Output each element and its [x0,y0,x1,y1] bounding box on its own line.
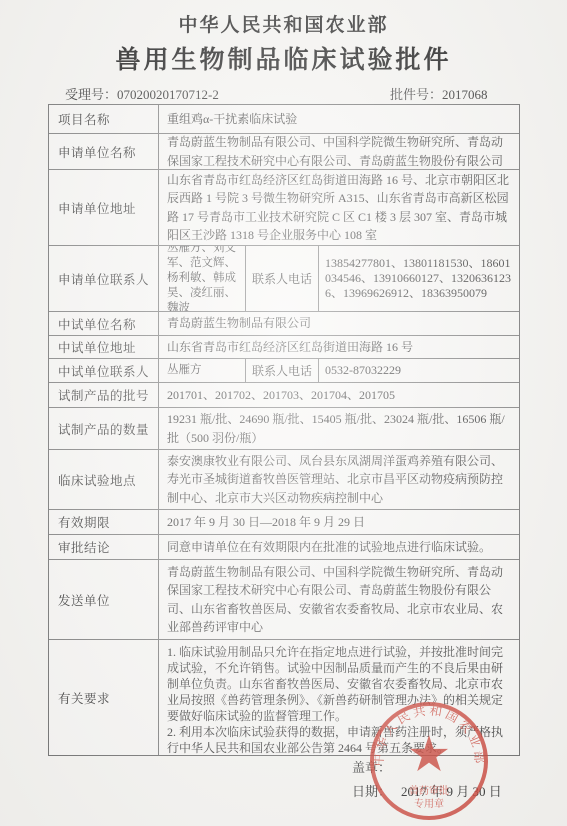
table-row-applicant-contacts: 申请单位联系人 丛雁方、刘文军、范文辉、杨利敏、韩成昊、凌红丽、魏波 联系人电话… [49,245,519,311]
row-label: 项目名称 [49,105,159,133]
row-label: 中试单位地址 [49,336,159,358]
contact-names: 丛雁方、刘文军、范文辉、杨利敏、韩成昊、凌红丽、魏波 [159,246,246,311]
document-title: 兽用生物制品临床试验批件 [0,40,567,76]
approval-number: 批件号：2017068 [390,84,488,103]
row-value: 19231 瓶/批、24690 瓶/批、15405 瓶/批、23024 瓶/批、… [159,408,519,449]
phone-numbers: 13854277801、13801181530、18601034546、1391… [319,246,519,311]
table-row-approval-conclusion: 审批结论 同意申请单位在有效期限内在批准的试验地点进行临床试验。 [49,534,519,559]
row-label: 试制产品的批号 [49,383,159,407]
row-value: 2017 年 9 月 30 日—2018 年 9 月 29 日 [159,510,519,534]
official-seal: 中华人民共和国农业部 兽药审批 专用章 [366,698,492,824]
table-row-pilot-unit-name: 中试单位名称 青岛蔚蓝生物制品有限公司 [49,311,519,335]
table-row-product-quantity: 试制产品的数量 19231 瓶/批、24690 瓶/批、15405 瓶/批、23… [49,407,519,449]
row-label: 申请单位联系人 [49,246,159,311]
row-value: 青岛蔚蓝生物制品有限公司 [159,312,519,335]
row-value: 山东省青岛市红岛经济区红岛街道田海路 16 号 [159,336,519,358]
row-value: 同意申请单位在有效期限内在批准的试验地点进行临床试验。 [159,535,519,559]
seal-star-icon [410,735,448,771]
table-row-trial-locations: 临床试验地点 泰安澳康牧业有限公司、凤台县东凤湖周洋蛋鸡养殖有限公司、寿光市圣城… [49,449,519,509]
phone-label: 联系人电话 [246,359,319,382]
row-value: 山东省青岛市红岛经济区红岛街道田海路 16 号、北京市朝阳区北辰西路 1 号院 … [159,170,519,245]
table-row-pilot-unit-contact: 中试单位联系人 丛雁方 联系人电话 0532-87032229 [49,358,519,382]
row-label: 审批结论 [49,535,159,559]
row-label: 有效期限 [49,510,159,534]
phone-numbers: 0532-87032229 [319,359,519,382]
row-value: 201701、201702、201703、201704、201705 [159,383,519,407]
acceptance-number-label: 受理号： [65,87,117,102]
row-label: 有关要求 [49,640,159,755]
row-label: 试制产品的数量 [49,408,159,449]
approval-number-value: 2017068 [442,87,488,102]
table-row-distribution-units: 发送单位 青岛蔚蓝生物制品有限公司、中国科学院微生物研究所、青岛动保国家工程技术… [49,559,519,639]
acceptance-number: 受理号：07020020170712-2 [65,84,219,103]
table-row-applicant-name: 申请单位名称 青岛蔚蓝生物制品有限公司、中国科学院微生物研究所、青岛动保国家工程… [49,133,519,169]
row-value: 重组鸡α-干扰素临床试验 [159,105,519,133]
acceptance-number-value: 07020020170712-2 [117,87,219,102]
row-value: 泰安澳康牧业有限公司、凤台县东凤湖周洋蛋鸡养殖有限公司、寿光市圣城街道畜牧兽医管… [159,450,519,509]
table-row-applicant-address: 申请单位地址 山东省青岛市红岛经济区红岛街道田海路 16 号、北京市朝阳区北辰西… [49,169,519,245]
row-value: 青岛蔚蓝生物制品有限公司、中国科学院微生物研究所、青岛动保国家工程技术研究中心有… [159,134,519,169]
contact-names: 丛雁方 [159,359,246,382]
approval-number-label: 批件号： [390,87,442,102]
row-label: 申请单位名称 [49,134,159,169]
row-label: 申请单位地址 [49,170,159,245]
row-label: 中试单位联系人 [49,359,159,382]
table-row-pilot-unit-address: 中试单位地址 山东省青岛市红岛经济区红岛街道田海路 16 号 [49,335,519,358]
row-label: 中试单位名称 [49,312,159,335]
row-label: 发送单位 [49,560,159,639]
document-page: 中华人民共和国农业部 兽用生物制品临床试验批件 受理号：070200201707… [0,0,567,826]
seal-inner-text-line2: 专用章 [414,797,444,810]
table-row-validity-period: 有效期限 2017 年 9 月 30 日—2018 年 9 月 29 日 [49,509,519,534]
phone-label: 联系人电话 [246,246,319,311]
row-value: 青岛蔚蓝生物制品有限公司、中国科学院微生物研究所、青岛动保国家工程技术研究中心有… [159,560,519,639]
table-row-batch-numbers: 试制产品的批号 201701、201702、201703、201704、2017… [49,382,519,407]
ministry-name: 中华人民共和国农业部 [0,10,567,37]
approval-table: 项目名称 重组鸡α-干扰素临床试验 申请单位名称 青岛蔚蓝生物制品有限公司、中国… [48,104,520,756]
table-row-project-name: 项目名称 重组鸡α-干扰素临床试验 [49,105,519,133]
row-label: 临床试验地点 [49,450,159,509]
seal-inner-text-line1: 兽药审批 [409,784,449,797]
